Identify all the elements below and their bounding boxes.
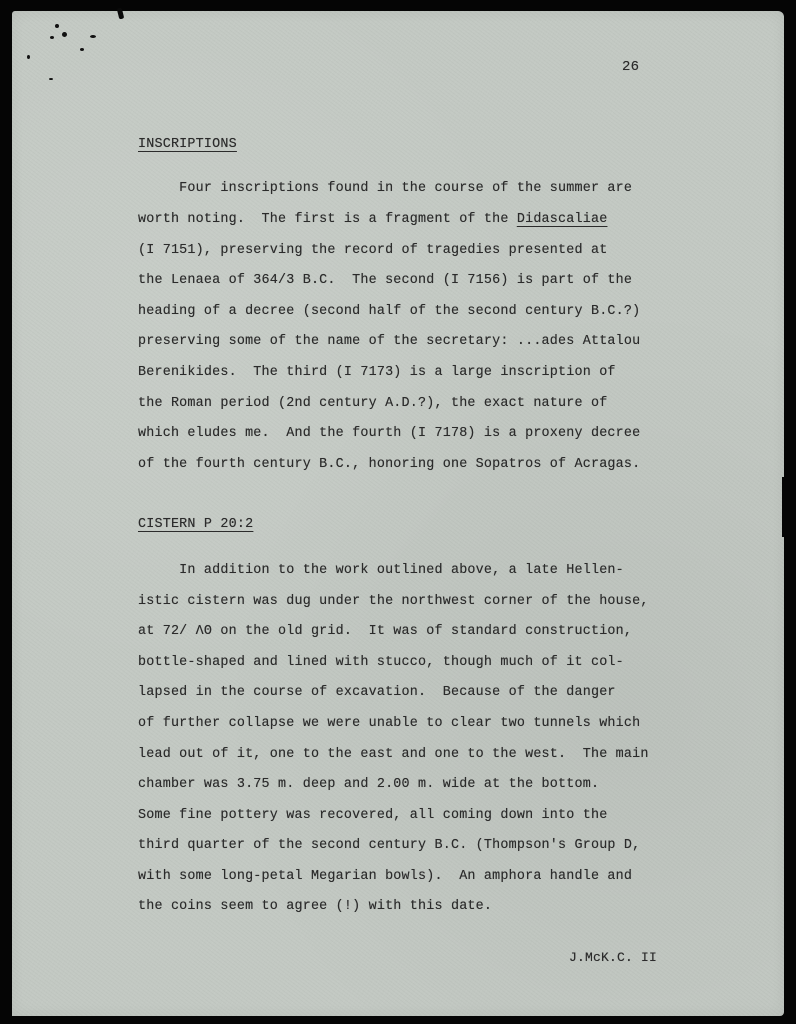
typewritten-page: [12, 11, 784, 1016]
underlined-title-didascaliae: Didascaliae: [517, 212, 608, 227]
text-line: In addition to the work outlined above, …: [138, 564, 624, 577]
text-line: chamber was 3.75 m. deep and 2.00 m. wid…: [138, 778, 599, 791]
text-line: worth noting. The first is a fragment of…: [138, 213, 607, 226]
paper-edge-notch: [782, 477, 786, 537]
text-line: of the fourth century B.C., honoring one…: [138, 458, 640, 471]
text-line: lead out of it, one to the east and one …: [138, 748, 649, 761]
punch-hole-mark: [90, 35, 96, 38]
text-line: lapsed in the course of excavation. Beca…: [138, 686, 616, 699]
text-fragment: worth noting. The first is a fragment of…: [138, 212, 517, 227]
text-line: Berenikides. The third (I 7173) is a lar…: [138, 366, 616, 379]
punch-hole-mark: [62, 32, 67, 37]
section-heading-inscriptions: INSCRIPTIONS: [138, 138, 237, 151]
text-line: the coins seem to agree (!) with this da…: [138, 900, 492, 913]
text-line: Some fine pottery was recovered, all com…: [138, 809, 607, 822]
scanned-document: 26 INSCRIPTIONS Four inscriptions found …: [0, 0, 796, 1024]
page-number: 26: [622, 60, 639, 74]
text-line: heading of a decree (second half of the …: [138, 305, 640, 318]
punch-hole-mark: [55, 24, 59, 28]
text-line: which eludes me. And the fourth (I 7178)…: [138, 427, 640, 440]
text-line: istic cistern was dug under the northwes…: [138, 595, 649, 608]
text-line: (I 7151), preserving the record of trage…: [138, 244, 607, 257]
text-line: third quarter of the second century B.C.…: [138, 839, 640, 852]
punch-hole-mark: [49, 78, 53, 80]
punch-hole-mark: [50, 36, 54, 39]
text-line: of further collapse we were unable to cl…: [138, 717, 640, 730]
text-line: preserving some of the name of the secre…: [138, 335, 640, 348]
punch-hole-mark: [27, 55, 30, 59]
text-line: the Roman period (2nd century A.D.?), th…: [138, 397, 607, 410]
section-heading-cistern: CISTERN P 20:2: [138, 518, 253, 531]
text-line: the Lenaea of 364/3 B.C. The second (I 7…: [138, 274, 632, 287]
text-line: with some long-petal Megarian bowls). An…: [138, 870, 632, 883]
text-line: at 72/ ΛΘ on the old grid. It was of sta…: [138, 625, 632, 638]
text-line: Four inscriptions found in the course of…: [138, 182, 632, 195]
text-line: bottle-shaped and lined with stucco, tho…: [138, 656, 624, 669]
punch-hole-mark: [80, 48, 84, 51]
author-initials: J.McK.C. II: [569, 951, 657, 964]
